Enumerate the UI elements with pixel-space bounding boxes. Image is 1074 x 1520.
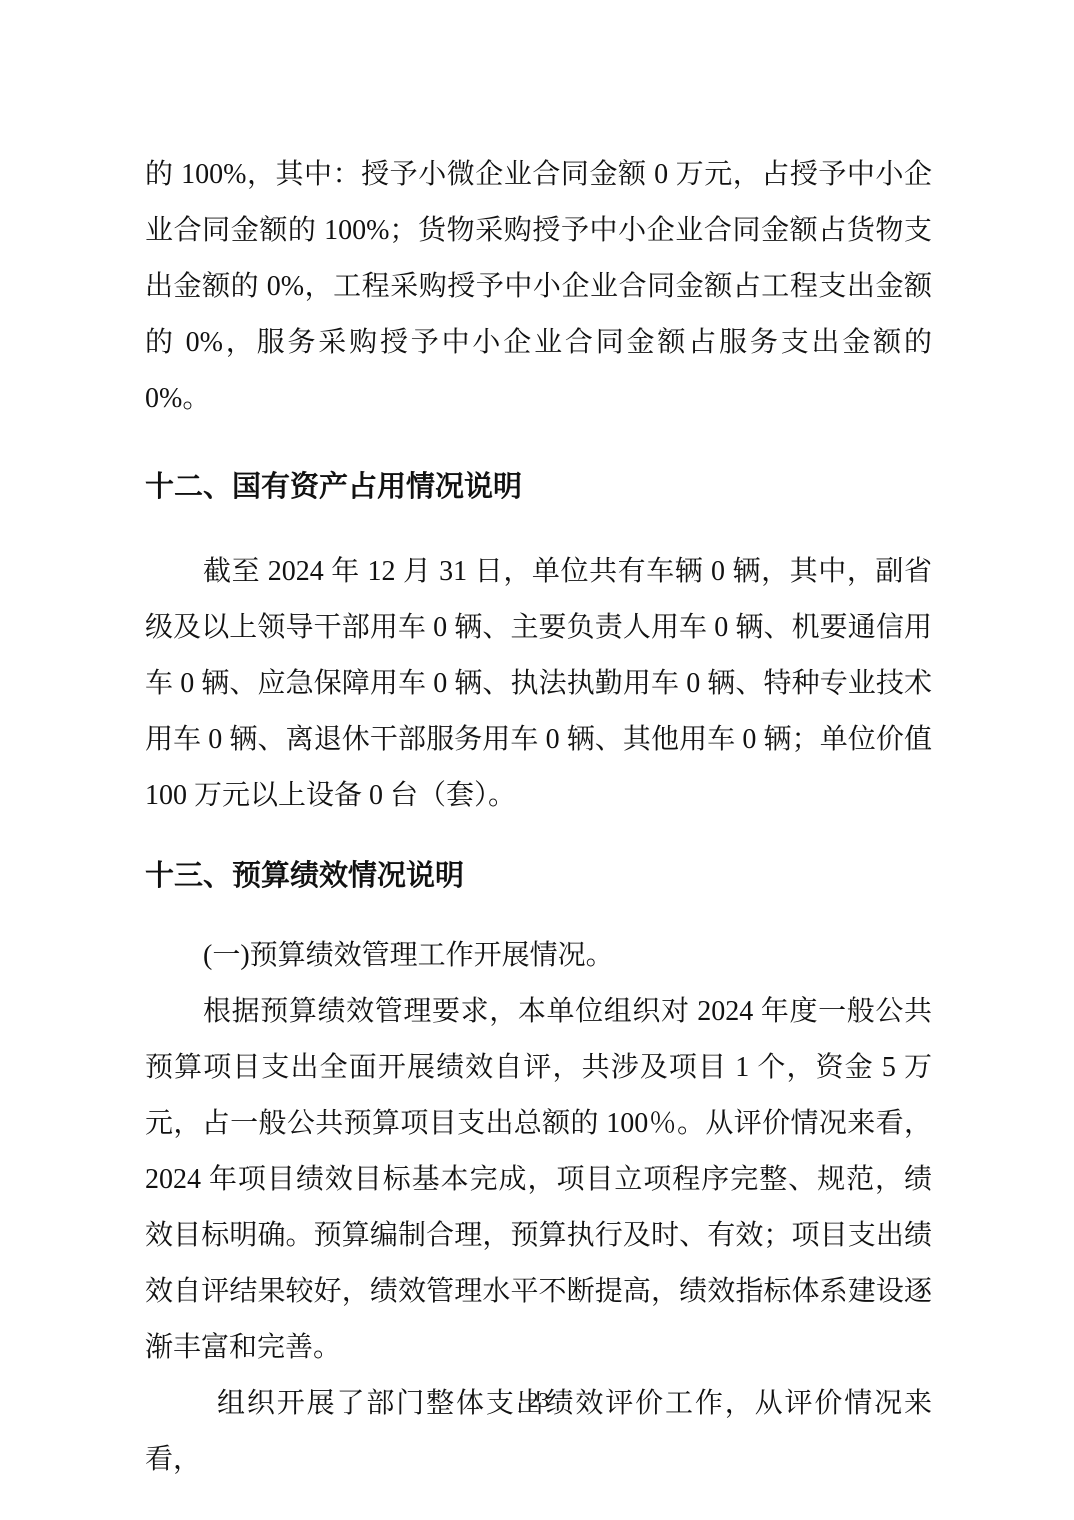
page-number: 23: [145, 1388, 932, 1412]
section-13-paragraph-1: 根据预算绩效管理要求，本单位组织对 2024 年度一般公共预算项目支出全面开展绩…: [145, 984, 932, 1376]
section-12-heading: 十二、国有资产占用情况说明: [145, 459, 932, 515]
document-page: 的 100%，其中：授予小微企业合同金额 0 万元，占授予中小企业合同金额的 1…: [0, 0, 1074, 1520]
section-12-paragraph: 截至 2024 年 12 月 31 日，单位共有车辆 0 辆，其中，副省级及以上…: [145, 544, 932, 824]
section-13-subheading: (一)预算绩效管理工作开展情况。: [145, 928, 932, 984]
paragraph-continuation: 的 100%，其中：授予小微企业合同金额 0 万元，占授予中小企业合同金额的 1…: [145, 147, 932, 427]
section-13-heading: 十三、预算绩效情况说明: [145, 848, 932, 904]
